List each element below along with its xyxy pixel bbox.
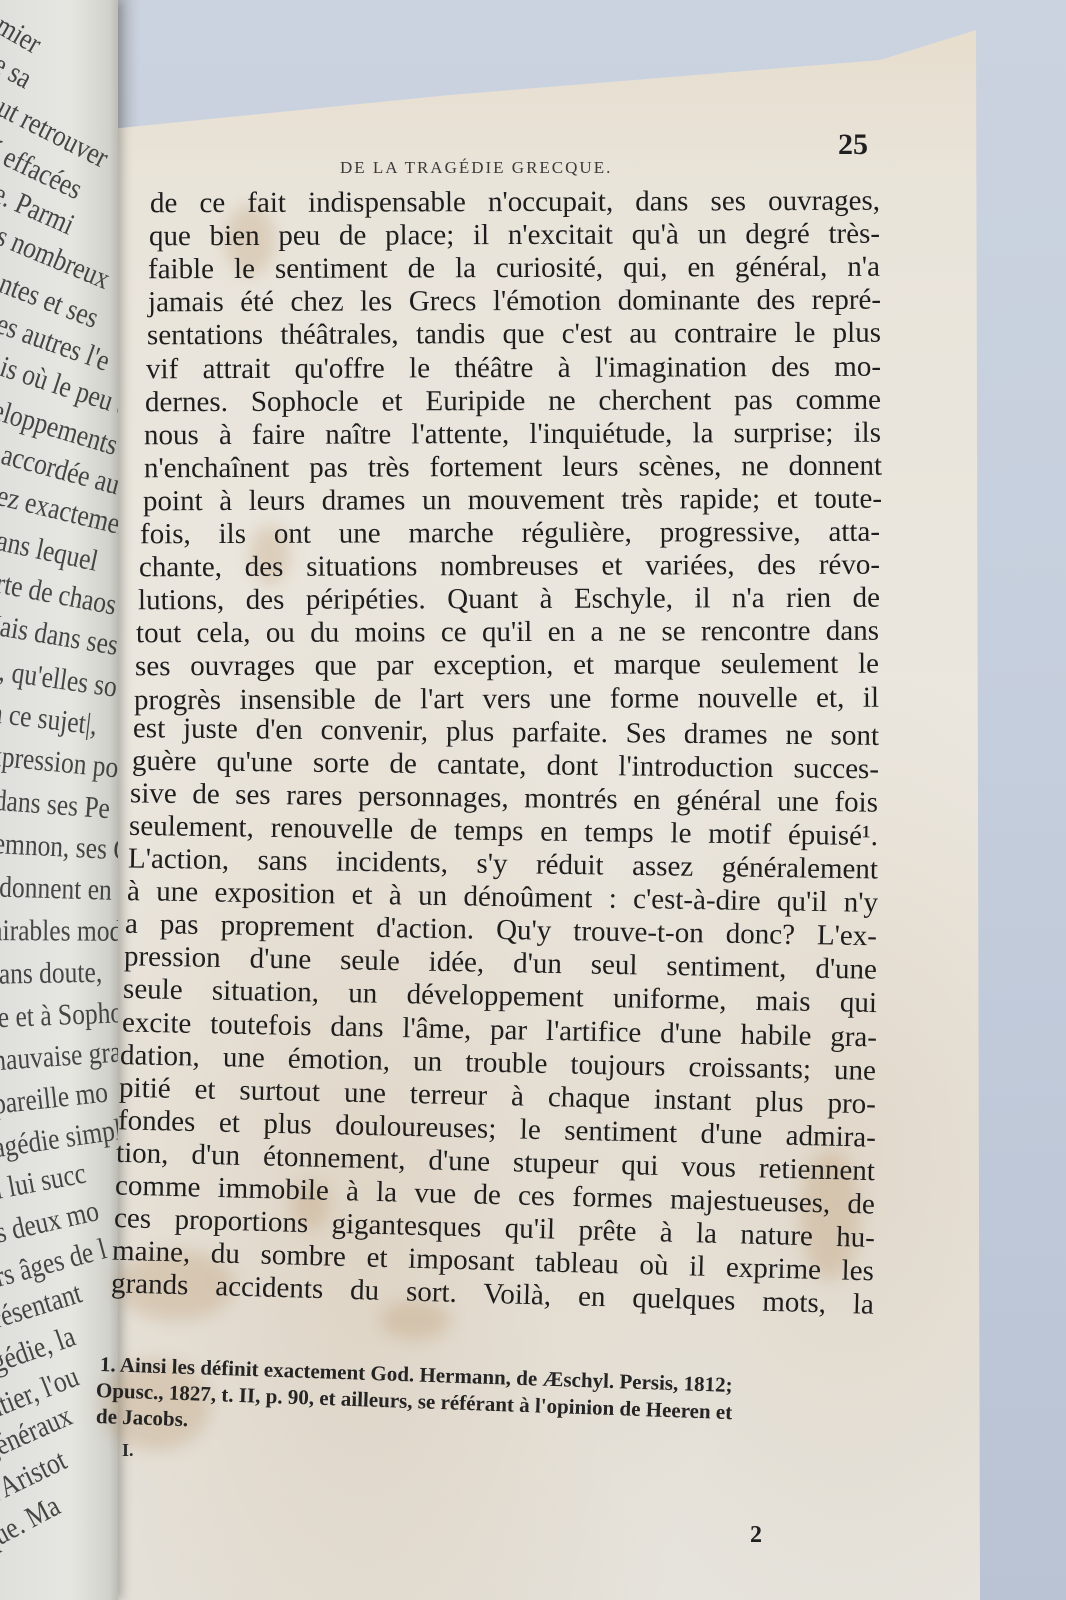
body-line: ses ouvrages que par exception, et marqu… — [135, 648, 879, 684]
body-line: jamais été chez les Grecs l'émotion domi… — [148, 284, 881, 320]
page-number: 25 — [838, 128, 868, 162]
body-line: fois, ils ont une marche régulière, prog… — [140, 516, 880, 552]
facing-page-fragment: ide et à Sophoc — [0, 996, 118, 1036]
footnote-line: de Jacobs. — [96, 1404, 189, 1432]
book-photo: premierche sapeut retrouveritié effacées… — [0, 0, 1066, 1600]
body-line: de ce fait indispensable n'occupait, dan… — [150, 185, 880, 221]
body-line: dernes. Sophocle et Euripide ne cherchen… — [145, 383, 881, 419]
body-line: progrès insensible de l'art vers une for… — [134, 681, 879, 717]
body-line: faible le sentiment de la curiosité, qui… — [148, 251, 880, 287]
body-line: tout cela, ou du moins ce qu'il en a ne … — [136, 615, 879, 651]
facing-page-fragment: expression poé — [0, 738, 118, 786]
facing-page-fragment: e à ce sujet|, — [0, 694, 99, 742]
body-line: lutions, des péripéties. Quant à Eschyle… — [138, 582, 880, 618]
body-line: sentations théâtrales, tandis que c'est … — [147, 317, 881, 353]
facing-page-fragment: dmirables mod — [0, 914, 118, 949]
body-line: n'enchaînent pas très fortement leurs sc… — [144, 450, 882, 486]
body-line: point à leurs drames un mouvement très r… — [143, 483, 882, 519]
facing-page-fragment: s mauvaise gra — [0, 1035, 118, 1079]
facing-page-fragment: ordonnent en u — [0, 870, 118, 908]
signature-mark: 2 — [750, 1522, 762, 1549]
facing-page-fragment: memnon, ses C — [0, 826, 118, 868]
body-line: nous à faire naître l'attente, l'inquiét… — [144, 416, 881, 452]
signature-mark-left: I. — [122, 1440, 134, 1461]
body-line: que bien peu de place; il n'excitait qu'… — [149, 218, 880, 254]
body-line: vif attrait qu'offre le théâtre à l'imag… — [146, 350, 881, 386]
facing-page-fragment: a, dans ses Pe — [0, 782, 111, 826]
facing-page-fragment: tragédie simpl — [0, 1113, 118, 1168]
body-line: chante, des situations nombreuses et var… — [139, 549, 880, 585]
running-header: DE LA TRAGÉDIE GRECQUE. — [340, 158, 612, 178]
facing-page-fragment: r sans doute, — [0, 956, 102, 992]
